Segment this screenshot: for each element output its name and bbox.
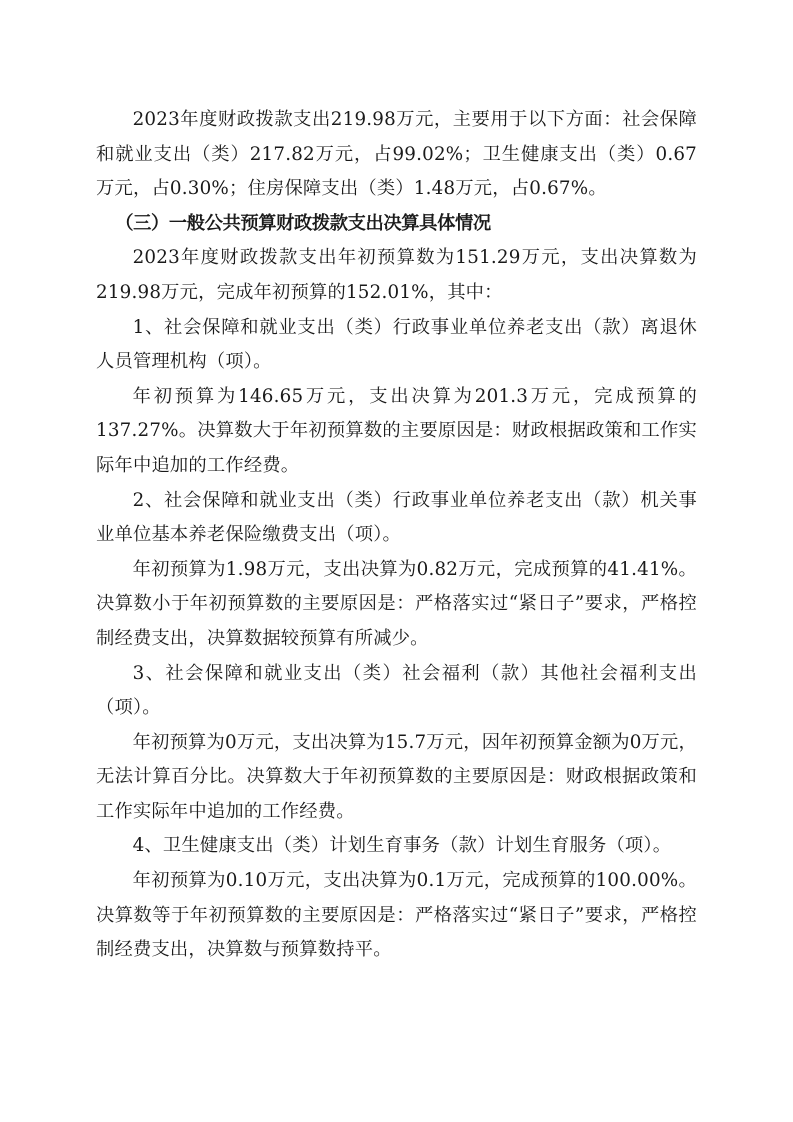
paragraph-item-4-title: 4、卫生健康支出（类）计划生育事务（款）计划生育服务（项）。 [96, 829, 697, 864]
paragraph-item-2-title: 2、社会保障和就业支出（类）行政事业单位养老支出（款）机关事业单位基本养老保险缴… [96, 484, 697, 553]
paragraph-item-3-title: 3、社会保障和就业支出（类）社会福利（款）其他社会福利支出（项）。 [96, 657, 697, 726]
section-heading-general-budget: （三）一般公共预算财政拨款支出决算具体情况 [96, 207, 697, 242]
paragraph-item-1-title: 1、社会保障和就业支出（类）行政事业单位养老支出（款）离退休人员管理机构（项）。 [96, 311, 697, 380]
paragraph-item-2-detail: 年初预算为1.98万元，支出决算为0.82万元，完成预算的41.41%。决算数小… [96, 553, 697, 657]
paragraph-item-1-detail: 年初预算为146.65万元，支出决算为201.3万元，完成预算的137.27%。… [96, 380, 697, 484]
paragraph-item-4-detail: 年初预算为0.10万元，支出决算为0.1万元，完成预算的100.00%。决算数等… [96, 864, 697, 968]
paragraph-item-3-detail: 年初预算为0万元，支出决算为15.7万元，因年初预算金额为0万元，无法计算百分比… [96, 726, 697, 830]
paragraph-expenditure-summary: 2023年度财政拨款支出219.98万元，主要用于以下方面：社会保障和就业支出（… [96, 103, 697, 207]
document-page: 2023年度财政拨款支出219.98万元，主要用于以下方面：社会保障和就业支出（… [96, 103, 697, 968]
paragraph-budget-overview: 2023年度财政拨款支出年初预算数为151.29万元，支出决算数为219.98万… [96, 241, 697, 310]
